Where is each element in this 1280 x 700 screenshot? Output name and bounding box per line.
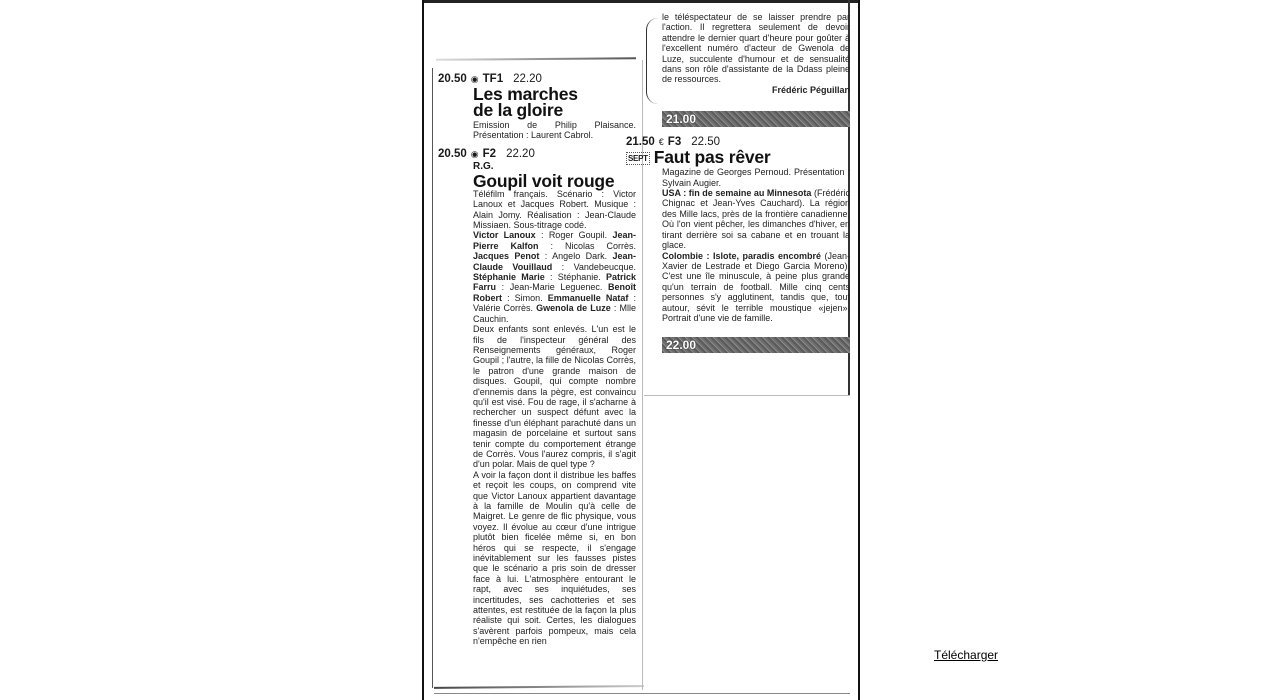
segment-title: USA : fin de semaine au Minnesota: [662, 188, 811, 198]
cast-actor: Gwenola de Luze: [536, 303, 611, 313]
program-review: A voir la façon dont il distribue les ba…: [438, 470, 636, 647]
clipping-edge: [432, 68, 433, 688]
f2-logo-icon: ◉: [471, 147, 479, 161]
cast-role: Nicolas Corrès: [565, 241, 634, 251]
start-time: 20.50: [438, 147, 467, 161]
review-text: le téléspectateur de se laisser prendre …: [662, 12, 850, 85]
channel-name: F2: [483, 147, 496, 161]
timebar-22-00: 22.00: [662, 337, 850, 353]
program-segment: USA : fin de semaine au Minnesota (Frédé…: [662, 188, 850, 250]
timebar-21-00: 21.00: [662, 111, 850, 127]
segment-text: (Jean-Xavier de Lestrade et Diego Garcia…: [662, 251, 850, 323]
cast-actor: Stéphanie Marie: [473, 272, 545, 282]
scanned-tv-listing: 20.50 ◉ TF1 22.20 Les marches de la gloi…: [422, 0, 860, 700]
review-signature: Frédéric Péguillan: [662, 85, 850, 95]
cast-actor: Jacques Penot: [473, 251, 539, 261]
cast-role: Simon: [515, 293, 541, 303]
program-title-row: SEPT Faut pas rêver: [626, 149, 850, 165]
cast-role: Stéphanie: [558, 272, 599, 282]
clipping-edge: [436, 57, 636, 60]
time-slot: 20.50 ◉ F2 22.20: [438, 147, 636, 161]
program-segment: Colombie : Islote, paradis encombré (Jea…: [662, 251, 850, 324]
program-synopsis: Deux enfants sont enlevés. L'un est le f…: [438, 324, 636, 470]
program-cast: Victor Lanoux : Roger Goupil. Jean-Pierr…: [473, 230, 636, 324]
program-title: Faut pas rêver: [654, 149, 771, 165]
start-time: 21.50: [626, 135, 655, 149]
program-description: Magazine de Georges Pernoud. Présentatio…: [662, 167, 850, 188]
cast-actor: Emmanuelle Nataf: [548, 293, 629, 303]
scan-top-border: [424, 0, 858, 3]
program-goupil: 20.50 ◉ F2 22.20 R.G. Goupil voit rouge …: [438, 147, 636, 647]
cast-role: Roger Goupil: [549, 230, 605, 240]
scan-bottom-border: [434, 693, 850, 694]
program-credits: Téléfilm français. Scénario : Victor Lan…: [473, 189, 636, 231]
segment-title: Colombie : Islote, paradis encombré: [662, 251, 821, 261]
cast-role: Angelo Dark: [552, 251, 604, 261]
cast-role: Valérie Corrès: [473, 303, 530, 313]
program-les-marches: 20.50 ◉ TF1 22.20 Les marches de la gloi…: [438, 72, 636, 141]
sept-label-badge: SEPT: [626, 152, 650, 165]
bracket-decoration: [646, 18, 660, 104]
program-faut-pas-rever: 21.50 € F3 22.50 SEPT Faut pas rêver Mag…: [662, 135, 850, 323]
start-time: 20.50: [438, 72, 467, 86]
clipping-edge: [434, 685, 644, 689]
cast-role: Jean-Marie Leguenec: [510, 282, 600, 292]
cast-actor: Victor Lanoux: [473, 230, 536, 240]
left-column: 20.50 ◉ TF1 22.20 Les marches de la gloi…: [438, 72, 636, 647]
download-link[interactable]: Télécharger: [934, 648, 998, 662]
review-continuation: le téléspectateur de se laisser prendre …: [662, 12, 850, 95]
clipping-edge: [644, 395, 850, 396]
program-title: de la gloire: [473, 102, 636, 118]
cast-role: Vandebeucque: [574, 262, 634, 272]
program-description: Emission de Philip Plaisance. Présentati…: [473, 120, 636, 141]
program-title: Goupil voit rouge: [473, 173, 636, 189]
right-column: le téléspectateur de se laisser prendre …: [662, 12, 850, 353]
end-time: 22.20: [506, 147, 535, 161]
review-author: Frédéric Péguillan: [772, 85, 850, 95]
